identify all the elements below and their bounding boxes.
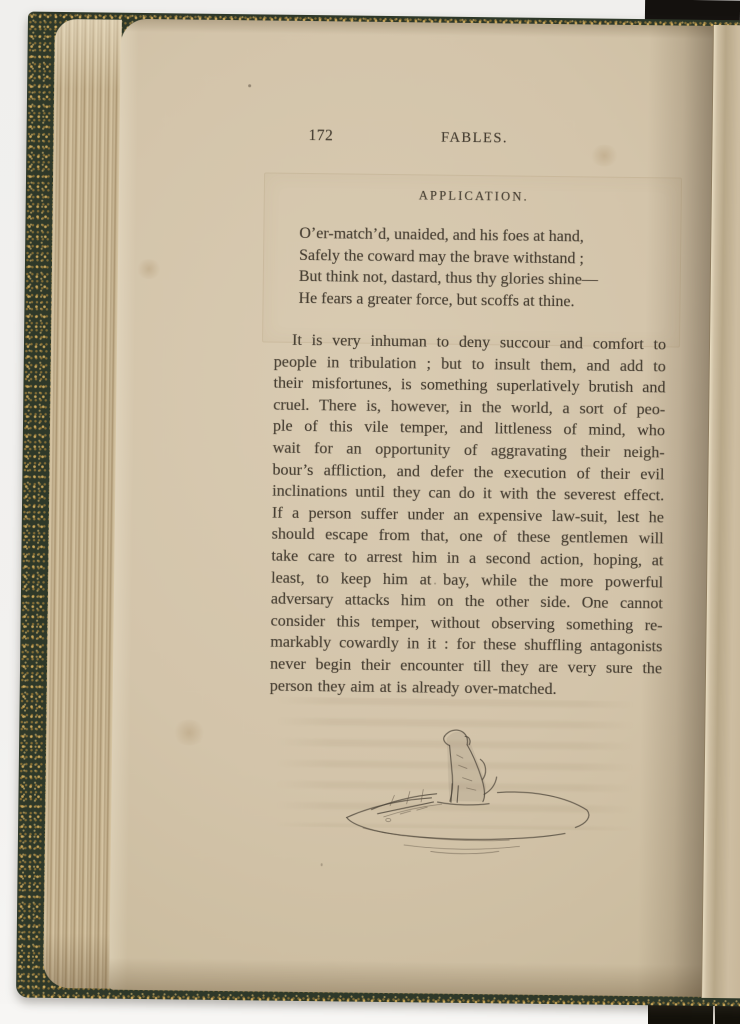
verse-line: O’er-match’d, unaided, and his foes at h… bbox=[299, 223, 598, 248]
running-title: FABLES. bbox=[276, 128, 672, 150]
page-header: 172 FABLES. bbox=[276, 127, 672, 156]
verse-line: He fears a greater force, but scoffs at … bbox=[298, 288, 597, 313]
printed-page-content: 172 FABLES. APPLICATION. O’er-match’d, u… bbox=[276, 127, 672, 156]
photographed-book-page: 172 FABLES. APPLICATION. O’er-match’d, u… bbox=[0, 0, 740, 1024]
open-book: 172 FABLES. APPLICATION. O’er-match’d, u… bbox=[16, 12, 740, 1007]
ink-speck bbox=[248, 84, 251, 87]
ink-speck bbox=[321, 863, 323, 866]
foxing-spot bbox=[172, 719, 206, 745]
backdrop-surface bbox=[0, 1004, 660, 1024]
dog-vignette-illustration bbox=[332, 715, 602, 858]
foxing-spot bbox=[136, 259, 162, 279]
verse-block: O’er-match’d, unaided, and his foes at h… bbox=[298, 223, 598, 313]
paragraph-block: It is very inhuman to deny succour and c… bbox=[270, 330, 666, 702]
